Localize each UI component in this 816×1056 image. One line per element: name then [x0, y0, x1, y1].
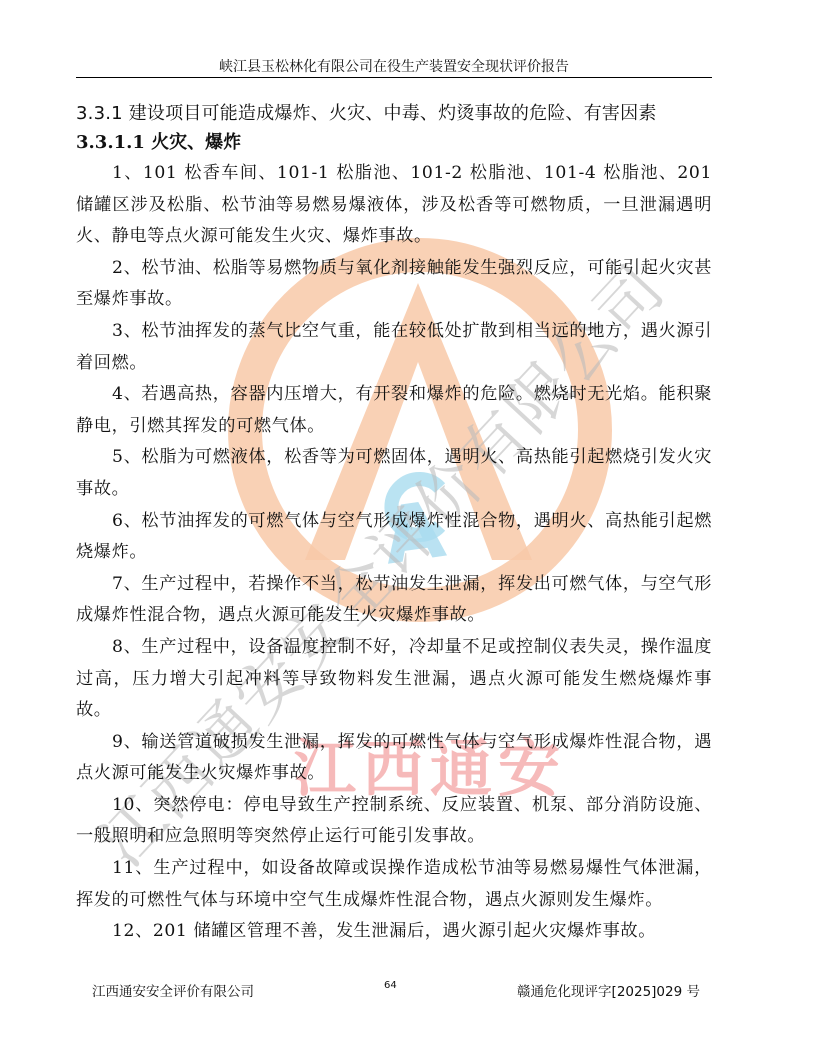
paragraph-6: 6、松节油挥发的可燃气体与空气形成爆炸性混合物，遇明火、高热能引起燃烧爆炸。 — [76, 506, 712, 569]
subsection-heading: 3.3.1.1 火灾、爆炸 — [76, 128, 712, 158]
paragraph-1: 1、101 松香车间、101-1 松脂池、101-2 松脂池、101-4 松脂池… — [76, 158, 712, 253]
section-heading: 3.3.1 建设项目可能造成爆炸、火灾、中毒、灼烫事故的危险、有害因素 — [76, 100, 712, 128]
paragraph-4: 4、若遇高热，容器内压增大，有开裂和爆炸的危险。燃烧时无光焰。能积聚静电，引燃其… — [76, 379, 712, 442]
paragraph-11: 11、生产过程中，如设备故障或误操作造成松节油等易燃易爆性气体泄漏，挥发的可燃性… — [76, 853, 712, 916]
document-page: A 江西通安安全评价有限公司 江西通安 峡江县玉松林化有限公司在役生产装置安全现… — [0, 0, 816, 1056]
paragraph-9: 9、输送管道破损发生泄漏，挥发的可燃性气体与空气形成爆炸性混合物，遇点火源可能发… — [76, 727, 712, 790]
paragraph-2: 2、松节油、松脂等易燃物质与氧化剂接触能发生强烈反应，可能引起火灾甚至爆炸事故。 — [76, 253, 712, 316]
page-footer: 江西通安安全评价有限公司 64 赣通危化现评字[2025]029 号 — [92, 980, 712, 1004]
page-number: 64 — [384, 980, 397, 991]
paragraph-8: 8、生产过程中，设备温度控制不好，冷却量不足或控制仪表失灵，操作温度过高，压力增… — [76, 632, 712, 727]
header-divider — [76, 77, 712, 78]
footer-doc-number: 赣通危化现评字[2025]029 号 — [517, 980, 700, 1000]
paragraph-5: 5、松脂为可燃液体，松香等为可燃固体，遇明火、高热能引起燃烧引发火灾事故。 — [76, 442, 712, 505]
paragraph-7: 7、生产过程中，若操作不当，松节油发生泄漏，挥发出可燃气体，与空气形成爆炸性混合… — [76, 569, 712, 632]
running-header: 峡江县玉松林化有限公司在役生产装置安全现状评价报告 — [76, 56, 712, 76]
paragraph-12: 12、201 储罐区管理不善，发生泄漏后，遇火源引起火灾爆炸事故。 — [76, 916, 712, 948]
paragraph-10: 10、突然停电：停电导致生产控制系统、反应装置、机泵、部分消防设施、一般照明和应… — [76, 790, 712, 853]
paragraph-3: 3、松节油挥发的蒸气比空气重，能在较低处扩散到相当远的地方，遇火源引着回燃。 — [76, 316, 712, 379]
document-body: 3.3.1 建设项目可能造成爆炸、火灾、中毒、灼烫事故的危险、有害因素 3.3.… — [76, 100, 712, 948]
footer-company: 江西通安安全评价有限公司 — [92, 980, 254, 1000]
